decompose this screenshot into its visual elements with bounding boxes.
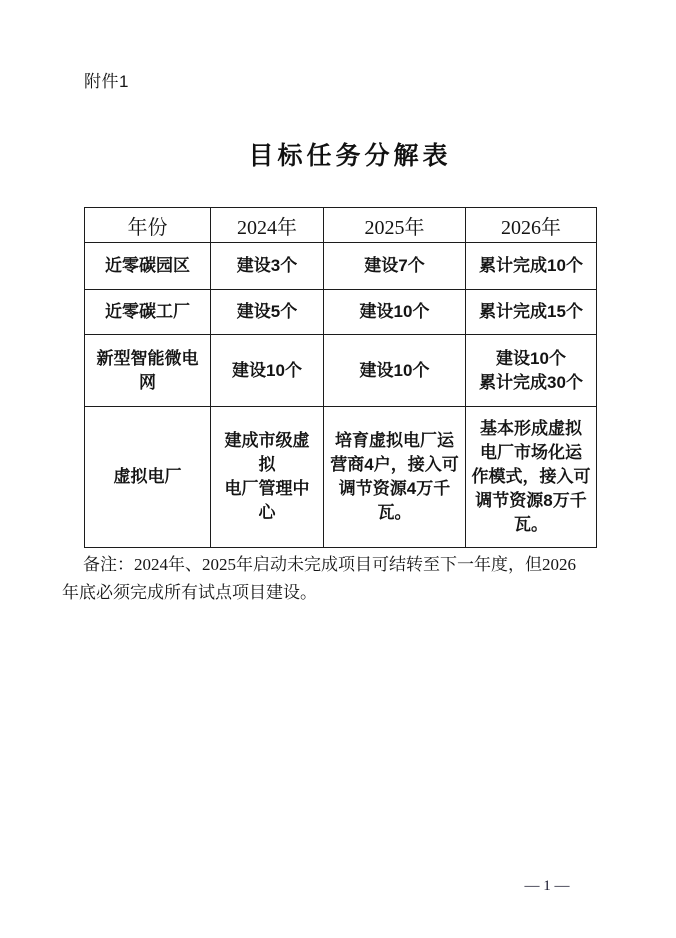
document-page: 附件1 目标任务分解表 年份 2024年 2025年 2026年 近零碳园区 建… — [0, 0, 676, 938]
cell-2024: 建设10个 — [211, 335, 324, 407]
table-row-near-zero-carbon-park: 近零碳园区 建设3个 建设7个 累计完成10个 — [85, 243, 597, 290]
page-number: — 1 — — [507, 878, 587, 895]
row-label: 虚拟电厂 — [85, 407, 211, 548]
cell-2024: 建成市级虚 拟 电厂管理中 心 — [211, 407, 324, 548]
cell-2026: 累计完成15个 — [466, 290, 597, 335]
attachment-label: 附件1 — [84, 67, 129, 92]
row-label: 近零碳园区 — [85, 243, 211, 290]
header-2025: 2025年 — [324, 208, 466, 243]
note-text: 备注：2024年、2025年启动未完成项目可结转至下一年度，但2026 年底必须… — [62, 551, 596, 607]
cell-2024: 建设5个 — [211, 290, 324, 335]
page-title: 目标任务分解表 — [0, 136, 676, 172]
table-row-virtual-power-plant: 虚拟电厂 建成市级虚 拟 电厂管理中 心 培育虚拟电厂运 营商4户，接入可 调节… — [85, 407, 597, 548]
cell-2026: 累计完成10个 — [466, 243, 597, 290]
header-year: 年份 — [85, 208, 211, 243]
task-table: 年份 2024年 2025年 2026年 近零碳园区 建设3个 建设7个 累计完… — [84, 207, 597, 548]
cell-2026: 建设10个 累计完成30个 — [466, 335, 597, 407]
header-2024: 2024年 — [211, 208, 324, 243]
table-row-near-zero-carbon-factory: 近零碳工厂 建设5个 建设10个 累计完成15个 — [85, 290, 597, 335]
header-2026: 2026年 — [466, 208, 597, 243]
row-label: 近零碳工厂 — [85, 290, 211, 335]
row-label: 新型智能微电 网 — [85, 335, 211, 407]
cell-2024: 建设3个 — [211, 243, 324, 290]
cell-2025: 建设10个 — [324, 290, 466, 335]
cell-2025: 建设10个 — [324, 335, 466, 407]
cell-2025: 培育虚拟电厂运 营商4户，接入可 调节资源4万千 瓦。 — [324, 407, 466, 548]
table-header-row: 年份 2024年 2025年 2026年 — [85, 208, 597, 243]
cell-2026: 基本形成虚拟 电厂市场化运 作模式，接入可 调节资源8万千 瓦。 — [466, 407, 597, 548]
cell-2025: 建设7个 — [324, 243, 466, 290]
table-row-smart-microgrid: 新型智能微电 网 建设10个 建设10个 建设10个 累计完成30个 — [85, 335, 597, 407]
